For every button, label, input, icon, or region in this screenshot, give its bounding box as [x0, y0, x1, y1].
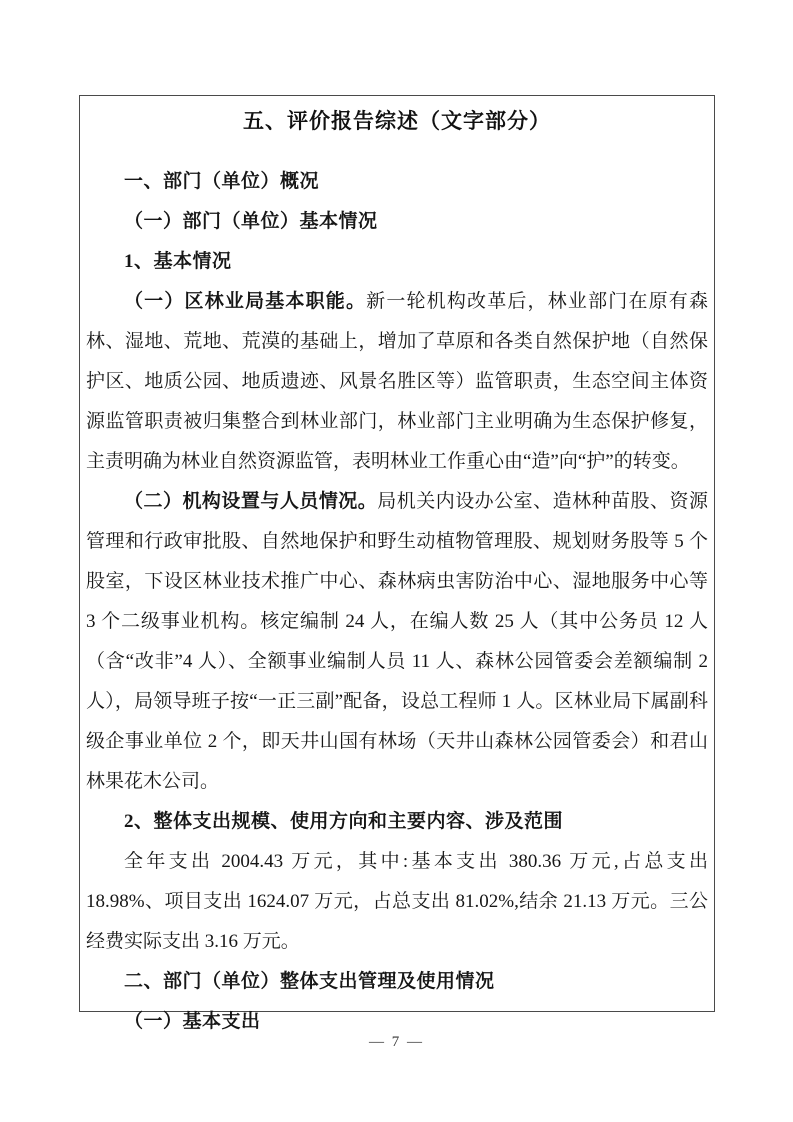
body-paragraph: （一）区林业局基本职能。新一轮机构改革后，林业部门在原有森林、湿地、荒地、荒漠的…: [86, 282, 708, 482]
section-heading: 二、部门（单位）整体支出管理及使用情况: [86, 962, 708, 1002]
paragraph-text: 新一轮机构改革后，林业部门在原有森林、湿地、荒地、荒漠的基础上，增加了草原和各类…: [86, 291, 708, 472]
body-paragraph: 全年支出 2004.43 万元，其中:基本支出 380.36 万元,占总支出 1…: [86, 842, 708, 962]
report-frame: 五、评价报告综述（文字部分） 一、部门（单位）概况 （一）部门（单位）基本情况 …: [79, 95, 715, 1012]
paragraph-lead: （一）区林业局基本职能。: [124, 291, 366, 312]
subsection-heading: （一）部门（单位）基本情况: [86, 202, 708, 242]
page-number: — 7 —: [0, 1034, 793, 1051]
paragraph-text: 全年支出 2004.43 万元，其中:基本支出 380.36 万元,占总支出 1…: [86, 851, 708, 952]
page-title: 五、评价报告综述（文字部分）: [86, 106, 708, 138]
section-heading: 一、部门（单位）概况: [86, 162, 708, 202]
paragraph-lead: （二）机构设置与人员情况。: [124, 491, 377, 512]
numbered-heading: 1、基本情况: [86, 242, 708, 282]
body-paragraph: （二）机构设置与人员情况。局机关内设办公室、造林种苗股、资源管理和行政审批股、自…: [86, 482, 708, 802]
paragraph-text: 局机关内设办公室、造林种苗股、资源管理和行政审批股、自然地保护和野生动植物管理股…: [86, 491, 708, 792]
numbered-heading: 2、整体支出规模、使用方向和主要内容、涉及范围: [86, 802, 708, 842]
